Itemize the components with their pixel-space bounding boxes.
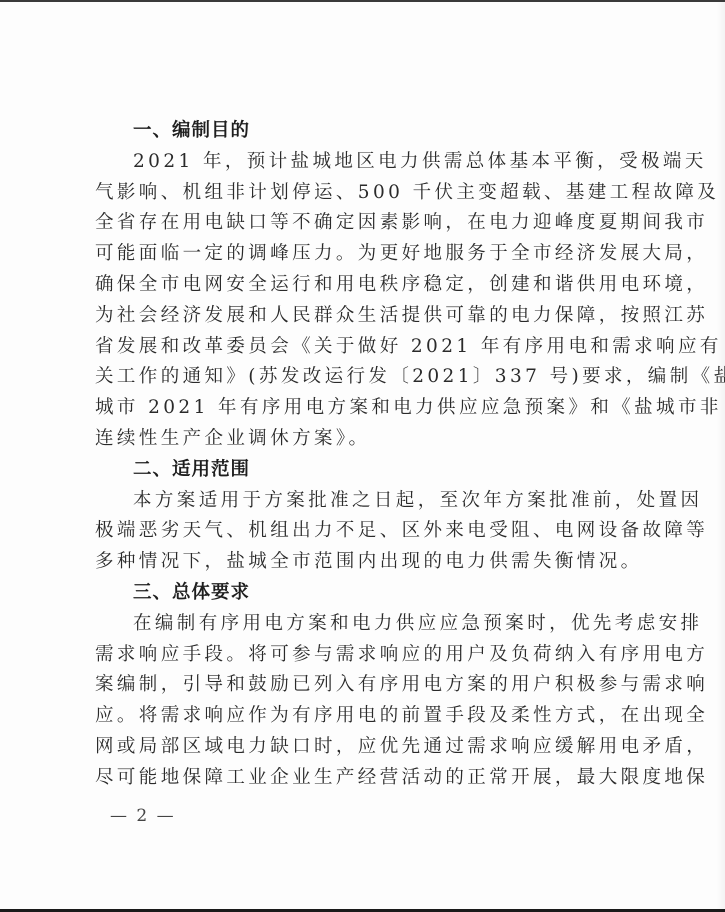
section-heading-requirements: 三、总体要求 — [95, 578, 635, 609]
paragraph-line: 全省存在用电缺口等不确定因素影响，在电力迎峰度夏期间我市 — [95, 208, 635, 239]
paragraph-line: 气影响、机组非计划停运、500 千伏主变超载、基建工程故障及 — [95, 178, 635, 209]
section-heading-scope: 二、适用范围 — [95, 455, 635, 486]
document-body: 一、编制目的 2021 年，预计盐城地区电力供需总体基本平衡，受极端天 气影响、… — [95, 116, 635, 794]
paragraph-line: 在编制有序用电方案和电力供应应急预案时，优先考虑安排 — [95, 609, 635, 640]
paragraph-line: 网或局部区域电力缺口时，应优先通过需求响应缓解用电矛盾， — [95, 732, 635, 763]
paragraph-line: 多种情况下，盐城全市范围内出现的电力供需失衡情况。 — [95, 547, 635, 578]
paragraph-line: 可能面临一定的调峰压力。为更好地服务于全市经济发展大局， — [95, 239, 635, 270]
paragraph-line: 确保全市电网安全运行和用电秩序稳定，创建和谐供用电环境， — [95, 270, 635, 301]
paragraph-line: 为社会经济发展和人民群众生活提供可靠的电力保障，按照江苏 — [95, 301, 635, 332]
section-heading-purpose: 一、编制目的 — [95, 116, 635, 147]
paragraph-line: 关工作的通知》(苏发改运行发〔2021〕337 号)要求，编制《盐 — [95, 362, 635, 393]
paragraph-line: 2021 年，预计盐城地区电力供需总体基本平衡，受极端天 — [95, 147, 635, 178]
paragraph-line: 城市 2021 年有序用电方案和电力供应应急预案》和《盐城市非 — [95, 393, 635, 424]
paragraph-line: 本方案适用于方案批准之日起，至次年方案批准前，处置因 — [95, 486, 635, 517]
paragraph-line: 需求响应手段。将可参与需求响应的用户及负荷纳入有序用电方 — [95, 640, 635, 671]
paragraph-line: 案编制，引导和鼓励已列入有序用电方案的用户积极参与需求响 — [95, 670, 635, 701]
paragraph-line: 省发展和改革委员会《关于做好 2021 年有序用电和需求响应有 — [95, 332, 635, 363]
paragraph-line: 应。将需求响应作为有序用电的前置手段及柔性方式，在出现全 — [95, 701, 635, 732]
paragraph-line: 尽可能地保障工业企业生产经营活动的正常开展，最大限度地保 — [95, 763, 635, 794]
paragraph-line: 连续性生产企业调休方案》。 — [95, 424, 635, 455]
paragraph-line: 极端恶劣天气、机组出力不足、区外来电受阻、电网设备故障等 — [95, 516, 635, 547]
scan-right-shadow — [717, 2, 725, 909]
scan-top-edge — [0, 0, 725, 2]
page-number: — 2 — — [110, 806, 176, 826]
